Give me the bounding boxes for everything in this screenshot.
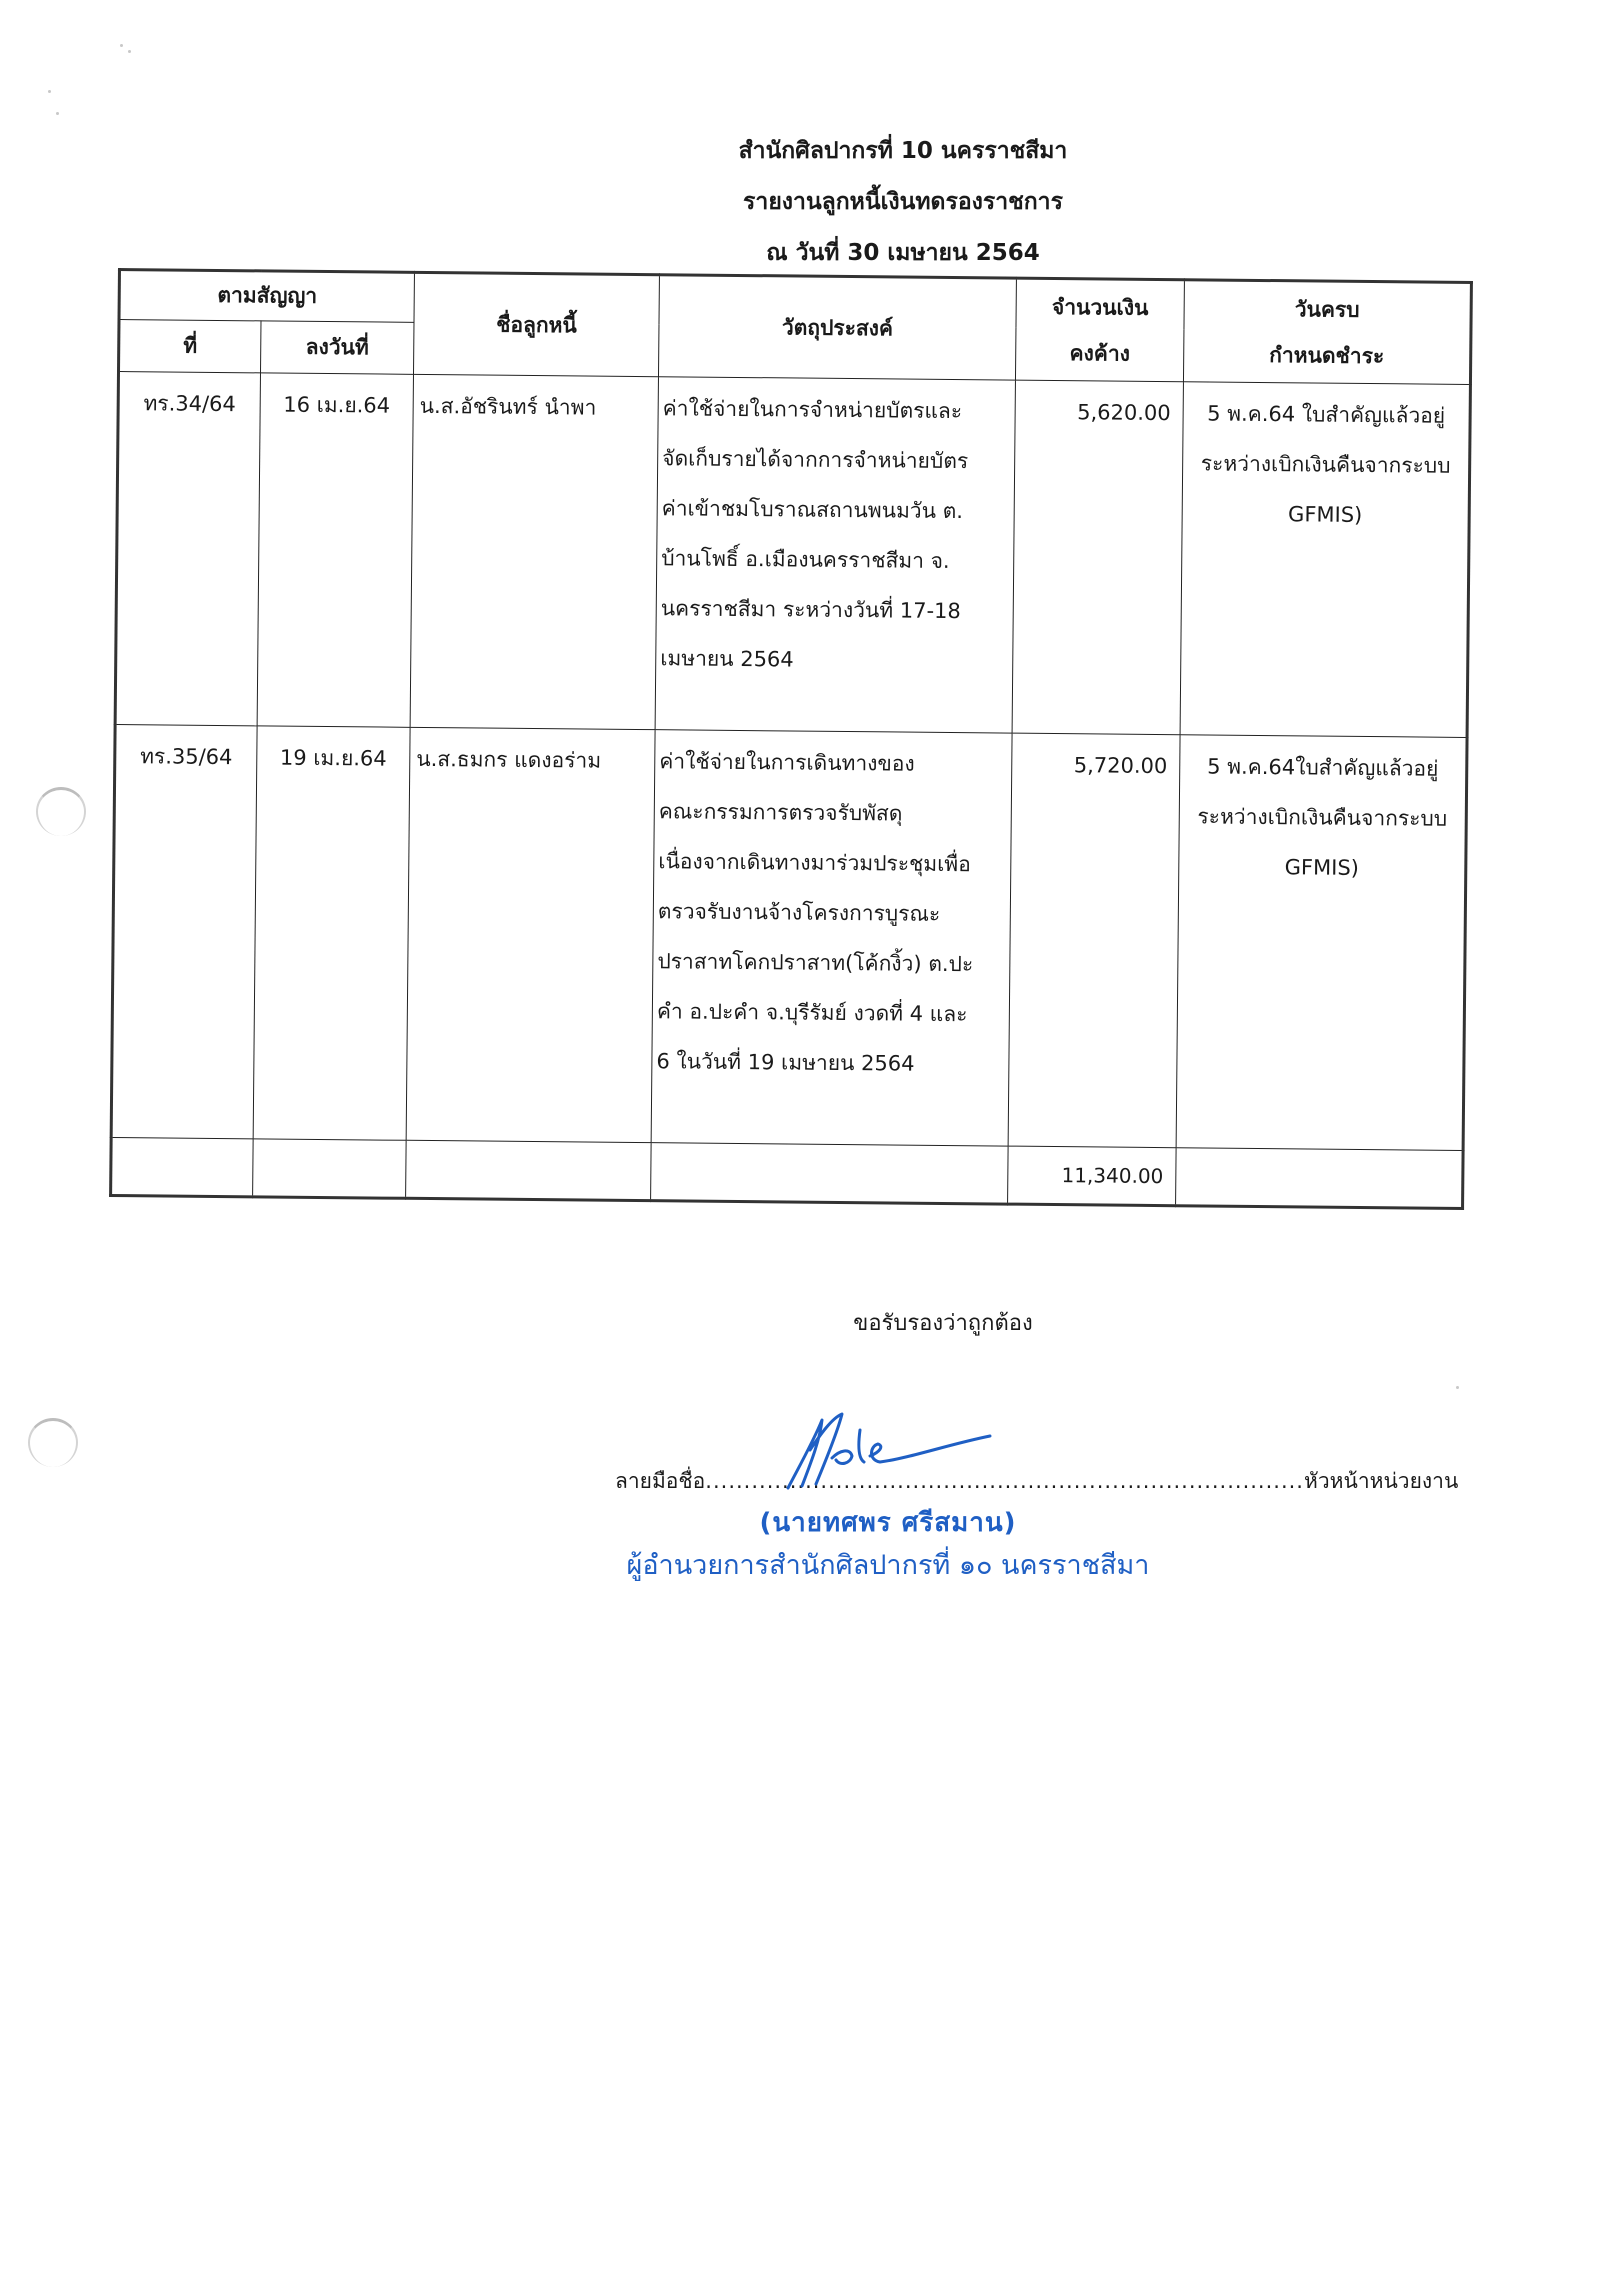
certification-text: ขอรับรองว่าถูกต้อง: [0, 1305, 1606, 1340]
empty-cell: [651, 1143, 1009, 1204]
amount-header-line1: จำนวนเงิน: [1022, 284, 1177, 331]
total-row: 11,340.00: [111, 1137, 1464, 1208]
signature-label: ลายมือชื่อ: [615, 1469, 705, 1493]
debtor-name-cell: น.ส.ธมกร แดงอร่าม: [406, 727, 655, 1142]
punch-hole-mark: [28, 1418, 78, 1467]
table-row: ทร.34/64 16 เม.ย.64 น.ส.อัชรินทร์ นำพา ค…: [115, 372, 1470, 738]
signature-role: หัวหน้าหน่วยงาน: [1304, 1469, 1458, 1493]
scanned-page: สำนักศิลปากรที่ 10 นครราชสีมา รายงานลูกห…: [0, 0, 1606, 2290]
debtor-table: ตามสัญญา ชื่อลูกหนี้ วัตถุประสงค์ จำนวนเ…: [109, 268, 1473, 1210]
scan-speck: [128, 50, 131, 53]
due-line: GFMIS): [1188, 488, 1461, 541]
purpose-cell: ค่าใช้จ่ายในการเดินทางของ คณะกรรมการตรวจ…: [651, 730, 1012, 1146]
contract-no-cell: ทร.35/64: [111, 724, 257, 1138]
purpose-line: จัดเก็บรายได้จากการจำหน่ายบัตร: [662, 433, 1008, 486]
handwritten-signature-icon: [780, 1410, 1000, 1490]
table-row: ทร.35/64 19 เม.ย.64 น.ส.ธมกร แดงอร่าม ค่…: [111, 724, 1467, 1150]
signatory-name: (นายทศพร ศรีสมาน): [0, 1502, 1606, 1543]
empty-cell: [253, 1139, 407, 1198]
scan-speck: [1456, 1386, 1459, 1389]
purpose-line: เมษายน 2564: [660, 633, 1006, 686]
purpose-line: บ้านโพธิ์ อ.เมืองนครราชสีมา จ.: [661, 533, 1007, 586]
purpose-line: นครราชสีมา ระหว่างวันที่ 17-18: [661, 583, 1007, 636]
purpose-line: เนื่องจากเดินทางมาร่วมประชุมเพื่อ: [658, 836, 1004, 889]
scan-speck: [56, 112, 59, 115]
amount-cell: 5,620.00: [1012, 380, 1183, 735]
purpose-line: ค่าใช้จ่ายในการจำหน่ายบัตรและ: [662, 383, 1008, 436]
purpose-line: ค่าเข้าชมโบราณสถานพนมวัน ต.: [661, 483, 1007, 536]
debtor-name-cell: น.ส.อัชรินทร์ นำพา: [410, 374, 658, 729]
contract-date-cell: 16 เม.ย.64: [257, 373, 413, 727]
amount-header-line2: คงค้าง: [1022, 330, 1177, 377]
empty-cell: [406, 1140, 652, 1200]
amount-column-header: จำนวนเงิน คงค้าง: [1015, 278, 1184, 382]
due-line: 5 พ.ค.64 ใบสำคัญแล้วอยู่: [1189, 388, 1462, 441]
debtor-column-header: ชื่อลูกหนี้: [414, 272, 660, 376]
purpose-line: ตรวจรับงานจ้างโครงการบูรณะ: [658, 886, 1004, 939]
purpose-line: คณะกรรมการตรวจรับพัสดุ: [659, 786, 1005, 839]
debtor-table-wrapper: ตามสัญญา ชื่อลูกหนี้ วัตถุประสงค์ จำนวนเ…: [109, 268, 1470, 1210]
contract-group-header: ตามสัญญา: [119, 270, 414, 323]
punch-hole-mark: [36, 787, 86, 836]
report-title: รายงานลูกหนี้เงินทดรองราชการ: [0, 177, 1606, 228]
no-column-header: ที่: [119, 319, 261, 372]
purpose-line: คำ อ.ปะคำ จ.บุรีรัมย์ งวดที่ 4 และ: [657, 986, 1003, 1039]
due-line: ระหว่างเบิกเงินคืนจากระบบ: [1189, 438, 1462, 491]
document-header: สำนักศิลปากรที่ 10 นครราชสีมา รายงานลูกห…: [0, 126, 1606, 279]
purpose-column-header: วัตถุประสงค์: [658, 275, 1016, 380]
contract-no-cell: ทร.34/64: [115, 372, 260, 726]
due-line: ระหว่างเบิกเงินคืนจากระบบ: [1186, 791, 1459, 844]
scan-speck: [48, 90, 51, 93]
due-date-cell: 5 พ.ค.64ใบสำคัญแล้วอยู่ ระหว่างเบิกเงินค…: [1176, 735, 1467, 1151]
empty-cell: [1176, 1148, 1464, 1209]
due-line: 5 พ.ค.64ใบสำคัญแล้วอยู่: [1186, 741, 1459, 794]
due-header-line1: วันครบ: [1190, 285, 1463, 334]
empty-cell: [111, 1137, 254, 1196]
due-column-header: วันครบ กำหนดชำระ: [1183, 280, 1471, 385]
amount-cell: 5,720.00: [1008, 733, 1180, 1148]
contract-date-cell: 19 เม.ย.64: [253, 726, 410, 1140]
purpose-line: 6 ในวันที่ 19 เมษายน 2564: [656, 1036, 1002, 1089]
due-header-line2: กำหนดชำระ: [1190, 331, 1463, 380]
office-name: สำนักศิลปากรที่ 10 นครราชสีมา: [0, 126, 1606, 177]
purpose-line: ปราสาทโคกปราสาท(โค้กงิ้ว) ต.ปะ: [657, 936, 1003, 989]
purpose-cell: ค่าใช้จ่ายในการจำหน่ายบัตรและ จัดเก็บราย…: [655, 377, 1015, 733]
signature-line: ลายมือชื่อ..............................…: [615, 1465, 1458, 1498]
due-date-cell: 5 พ.ค.64 ใบสำคัญแล้วอยู่ ระหว่างเบิกเงิน…: [1180, 382, 1470, 738]
due-line: GFMIS): [1185, 841, 1458, 894]
signatory-position: ผู้อำนวยการสำนักศิลปากรที่ ๑๐ นครราชสีมา: [0, 1543, 1606, 1586]
date-column-header: ลงวันที่: [260, 321, 414, 375]
purpose-line: ค่าใช้จ่ายในการเดินทางของ: [659, 736, 1005, 789]
scan-speck: [120, 44, 123, 47]
total-amount-cell: 11,340.00: [1008, 1146, 1177, 1206]
